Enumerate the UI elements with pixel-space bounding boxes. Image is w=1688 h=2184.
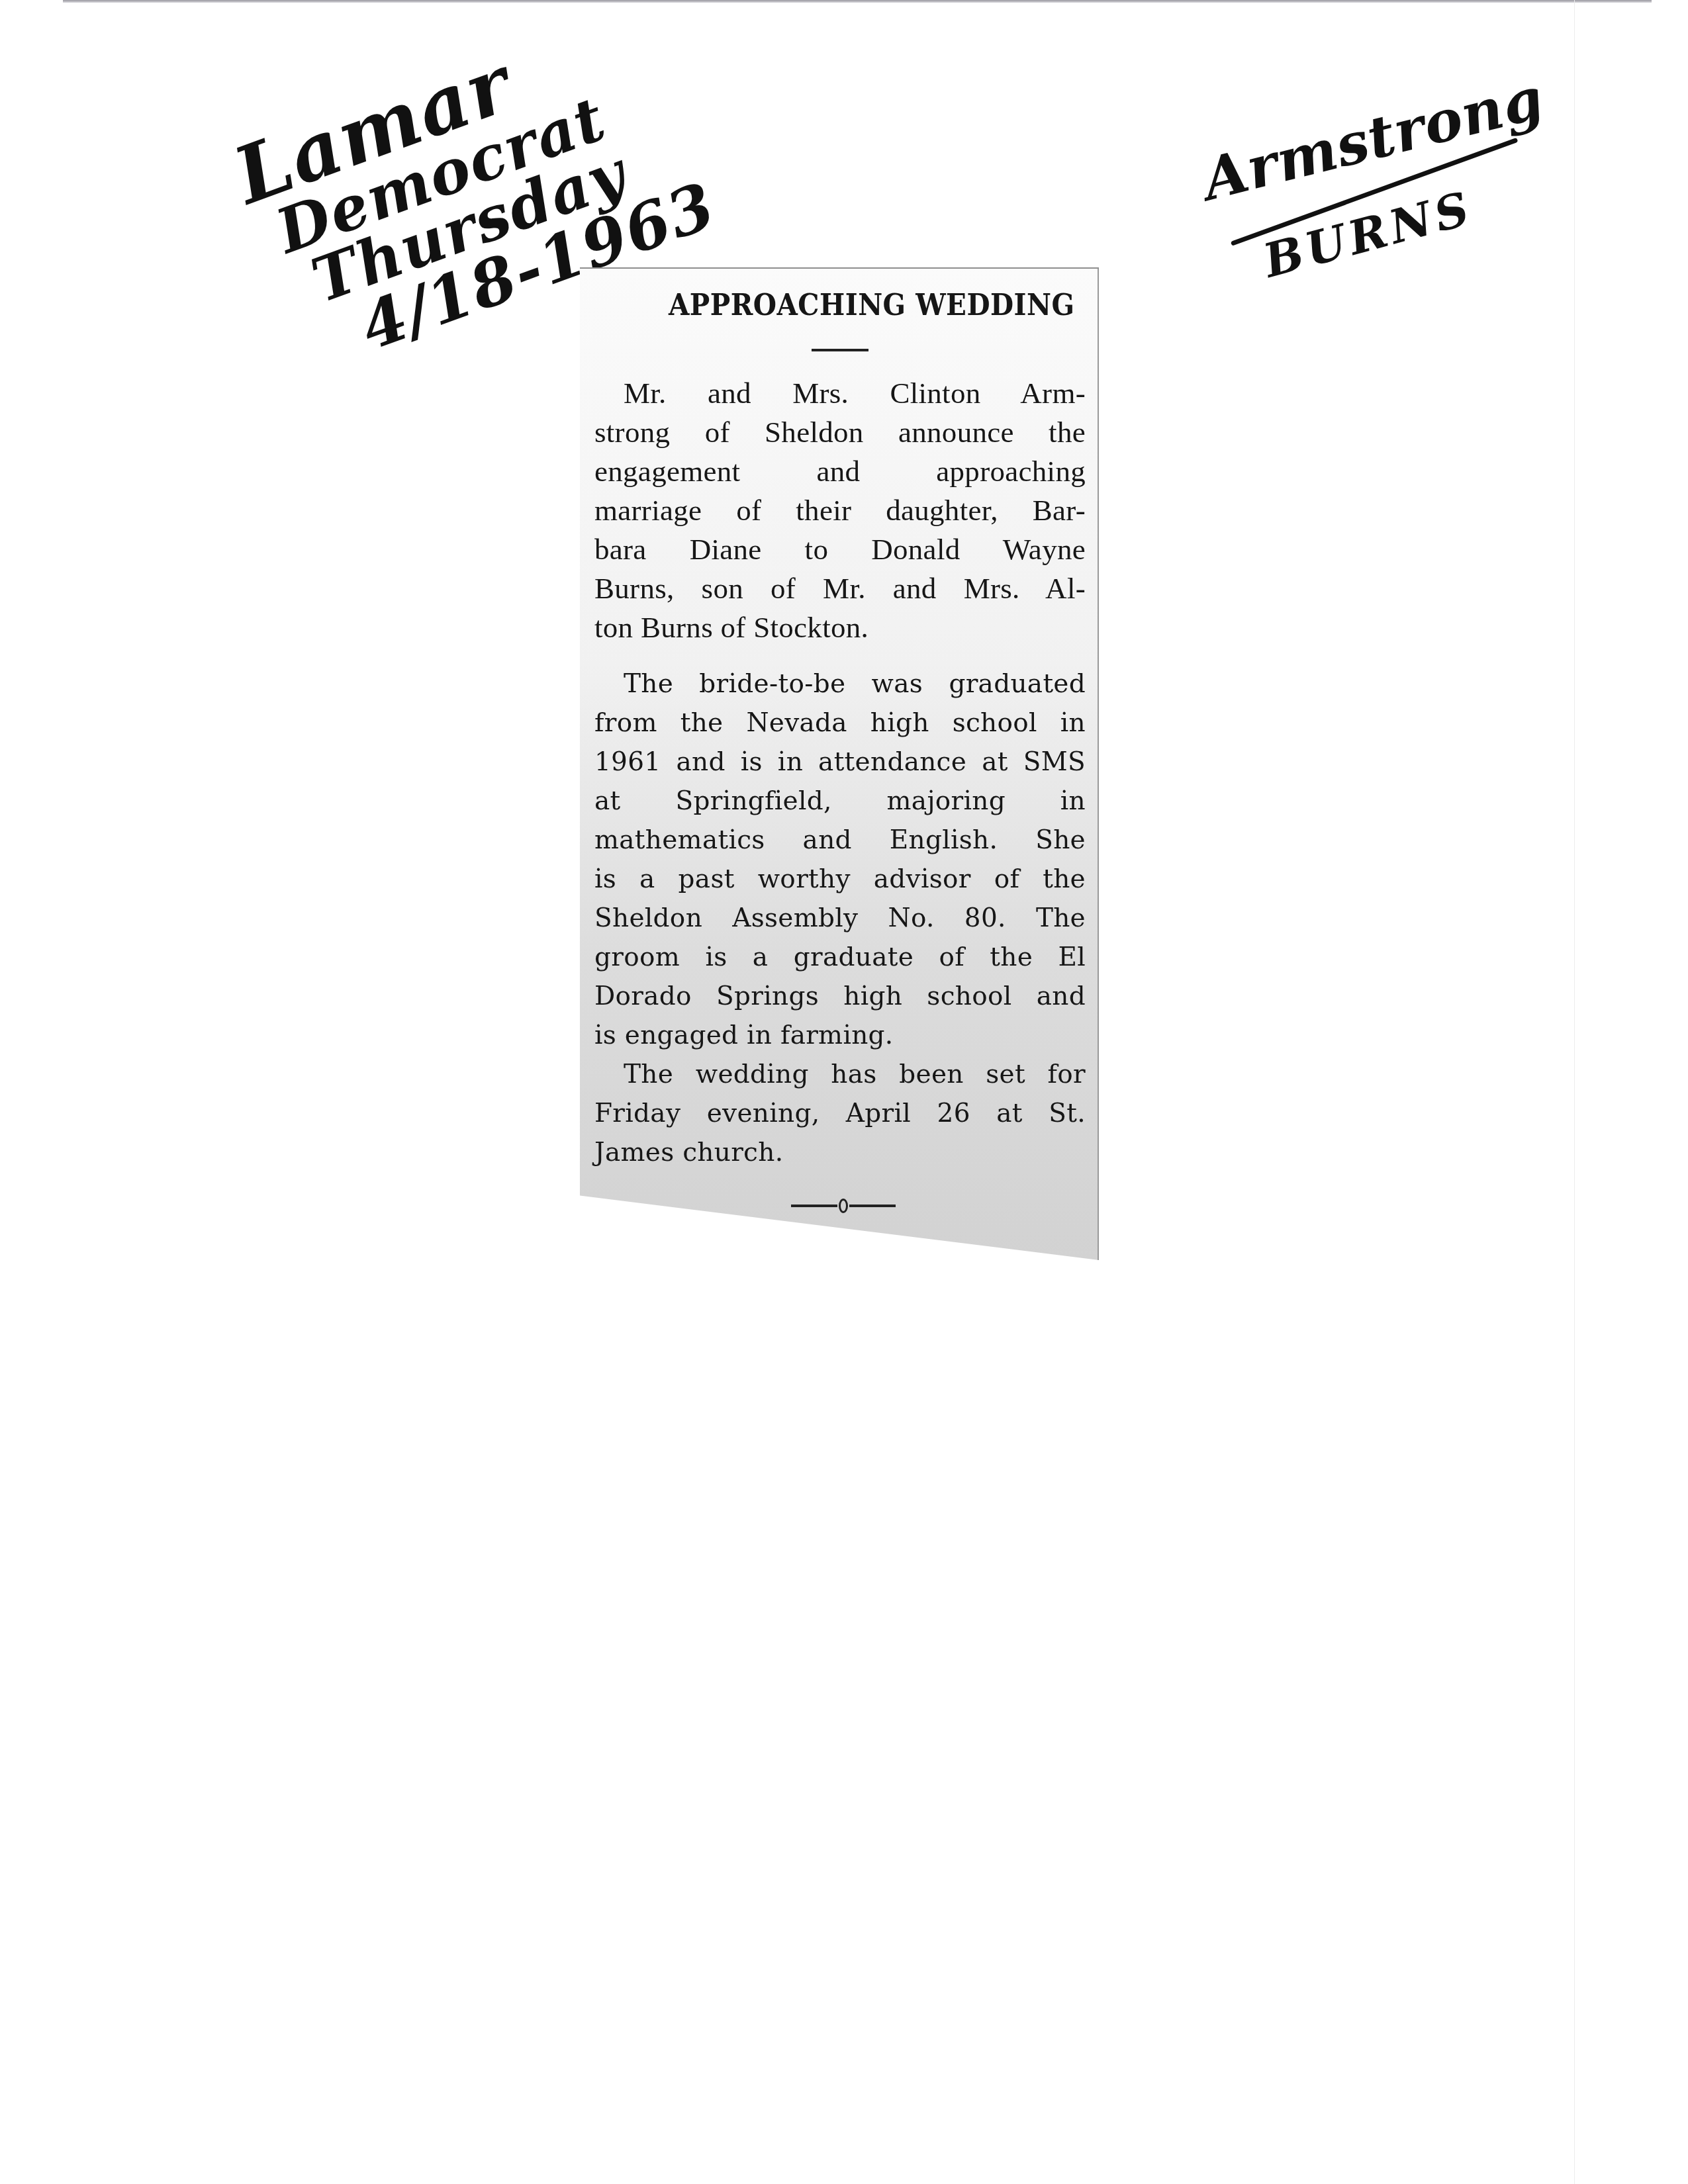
scan-margin-line [1574,0,1575,2184]
text-line: The bride-to-be was graduated [594,664,1086,704]
text-line: at Springfield, majoring in [594,782,1086,821]
text-line: is a past worthy advisor of the [594,860,1086,899]
text-line: The wedding has been set for [594,1055,1086,1094]
paragraph-announcement: Mr. and Mrs. Clinton Arm- strong of Shel… [594,374,1086,647]
text-line: ton Burns of Stockton. [594,608,1086,647]
text-line: from the Nevada high school in [594,704,1086,743]
text-line: engagement and approaching [594,452,1086,491]
text-line: bara Diane to Donald Wayne [594,530,1086,569]
text-line: 1961 and is in attendance at SMS [594,743,1086,782]
end-mark-bar-right [849,1205,896,1207]
text-line: Sheldon Assembly No. 80. The [594,899,1086,938]
text-line: mathematics and English. She [594,821,1086,860]
text-line: Dorado Springs high school and [594,977,1086,1016]
text-line: James church. [594,1133,1086,1172]
end-mark-circle-icon [839,1199,848,1213]
text-line: marriage of their daughter, Bar- [594,491,1086,530]
handwritten-surname-note: Armstrong BURNS [1198,139,1516,311]
text-line: groom is a graduate of the El [594,938,1086,977]
newspaper-clipping: APPROACHING WEDDING Mr. and Mrs. Clinton… [580,267,1099,1260]
text-line: Mr. and Mrs. Clinton Arm- [594,374,1086,413]
scan-top-edge [63,0,1652,3]
end-mark-bar-left [791,1205,837,1207]
clipping-content: APPROACHING WEDDING Mr. and Mrs. Clinton… [594,286,1086,1213]
paragraph-biography: The bride-to-be was graduated from the N… [594,664,1086,1055]
text-line: is engaged in farming. [594,1016,1086,1055]
surname-primary: Armstrong [1197,69,1549,209]
text-line: Burns, son of Mr. and Mrs. Al- [594,569,1086,608]
text-line: strong of Sheldon announce the [594,413,1086,452]
paragraph-gap [594,647,1086,664]
end-of-article-mark [601,1199,1086,1213]
paragraph-wedding-date: The wedding has been set for Friday even… [594,1055,1086,1172]
headline-rule [812,349,868,351]
text-line: Friday evening, April 26 at St. [594,1094,1086,1133]
clipping-headline: APPROACHING WEDDING [633,289,1086,322]
surname-secondary: BURNS [1259,185,1477,285]
